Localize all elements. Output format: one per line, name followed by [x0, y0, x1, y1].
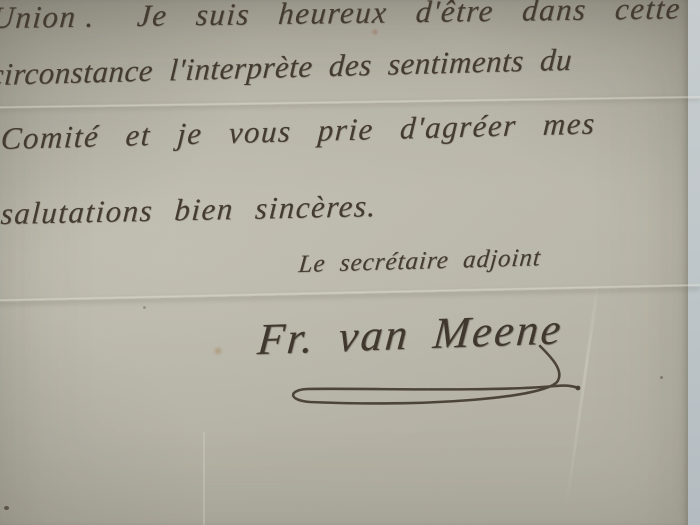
fold-crease-diagonal — [565, 272, 601, 510]
paper-speck — [660, 376, 663, 379]
paper-streak — [203, 432, 205, 525]
foxing-spot — [212, 346, 224, 356]
letter-photograph: Union .Je suis heureux d'être dans cette… — [0, 0, 700, 525]
letter-line-1-sentence: Je suis heureux d'être dans cette — [136, 0, 682, 33]
paper-speck — [143, 306, 146, 309]
letter-line-2: circonstance l'interprète des sentiments… — [0, 42, 573, 93]
letter-line-3: Comité et je vous prie d'agréer mes — [0, 105, 597, 157]
signature-text: Fr. van Meene — [256, 303, 566, 365]
paper-sheet: Union .Je suis heureux d'être dans cette… — [0, 0, 688, 525]
letter-line-1: Union .Je suis heureux d'être dans cette — [0, 0, 682, 36]
ink-dot — [4, 506, 9, 510]
letter-closing-title: Le secrétaire adjoint — [297, 244, 542, 279]
letter-line-4: salutations bien sincères. — [0, 188, 378, 232]
letter-line-1-union: Union . — [0, 0, 96, 35]
